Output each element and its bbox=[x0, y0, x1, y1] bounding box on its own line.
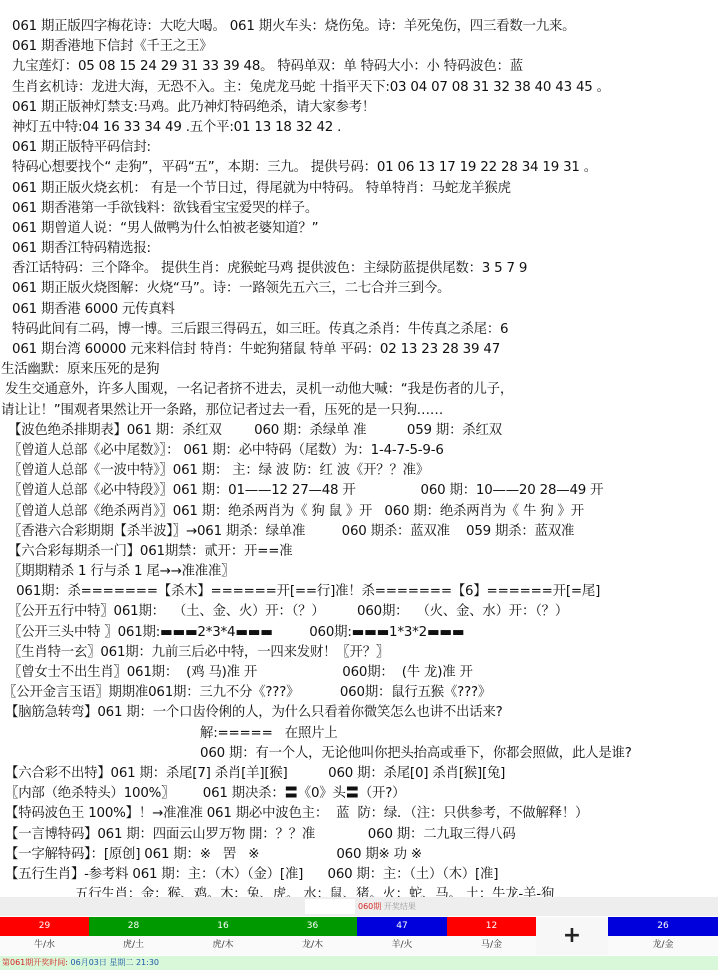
text-line: 九宝莲灯：05 08 15 24 29 31 33 39 48。 特码单双：单 … bbox=[0, 57, 718, 77]
text-line: 请让让！”围观者果然让开一条路，那位记者过去一看，压死的是一只狗…… bbox=[0, 401, 718, 421]
result-header-blank bbox=[305, 899, 355, 914]
ball-number: 47 bbox=[357, 917, 447, 936]
text-line: 〖公开三头中特 〗061期:▬▬▬2*3*4▬▬▬ 060期:▬▬▬1*3*2▬… bbox=[0, 623, 718, 643]
text-line: 【特码波色王 100%】！→准准准 061 期必中波色主： 蓝 防：绿．（注：只… bbox=[0, 804, 718, 824]
ball-cell: 47 羊/火 bbox=[357, 917, 448, 955]
text-line: 【六合彩不出特】061 期：杀尾[7] 杀肖[羊][猴] 060 期：杀尾[0]… bbox=[0, 764, 718, 784]
text-line: 〖公开金言玉语〗期期准061期：三九不分《???》 060期：鼠行五猴《???》 bbox=[0, 683, 718, 703]
article-body: 061 期正版四字梅花诗：大吃大喝。 061 期火车头：烧伤兔。诗：羊死兔伤，四… bbox=[0, 17, 718, 905]
text-line: 发生交通意外，许多人围观，一名记者挤不进去，灵机一动他大喊：“我是伤者的儿子， bbox=[0, 380, 718, 400]
text-line: 061 期香江特码精选报: bbox=[0, 239, 718, 259]
text-line: 生肖玄机诗：龙进大海，无恐不入。主：兔虎龙马蛇 十指平天下:03 04 07 0… bbox=[0, 78, 718, 98]
text-line: 〖曾女士不出生肖〗061期： (鸡 马)准 开 060期： (牛 龙)准 开 bbox=[0, 663, 718, 683]
text-line: 【一字解特码】：[原创] 061 期：※ 罟 ※ 060 期※ 功 ※ bbox=[0, 845, 718, 865]
ball-label: 虎/土 bbox=[89, 936, 178, 955]
text-line: 061 期香港地下信封《千王之王》 bbox=[0, 37, 718, 57]
text-line: 061 期香港第一手欲钱料：欲钱看宝宝爱哭的样子。 bbox=[0, 199, 718, 219]
text-line: 【六合彩每期杀一门】061期禁：贰开：开==准 bbox=[0, 542, 718, 562]
result-title: 060期 开奖结果 bbox=[358, 899, 416, 914]
text-line: 061期：杀=======【杀木】======开[==行]准！杀=======【… bbox=[0, 582, 718, 602]
special-ball-number: 26 bbox=[608, 917, 718, 936]
draw-result-panel: 060期 开奖结果 29 牛/水 28 虎/土 16 虎/木 36 龙/木 47… bbox=[0, 897, 718, 975]
result-header: 060期 开奖结果 bbox=[0, 897, 718, 916]
text-line: 060 期：有一个人，无论他叫你把头抬高或垂下，你都会照做，此人是谁? bbox=[0, 744, 718, 764]
text-line: 061 期正版火烧玄机： 有是一个节日过，得尾就为中特码。 特单特肖：马蛇龙羊猴… bbox=[0, 179, 718, 199]
ball-cell: 16 虎/木 bbox=[178, 917, 269, 955]
text-line: 〖曾道人总部《必中尾数》〗： 061 期：必中特码（尾数）为：1-4-7-5-9… bbox=[0, 441, 718, 461]
ball-number: 36 bbox=[268, 917, 357, 936]
ball-label: 牛/水 bbox=[0, 936, 89, 955]
text-line: 〖公开五行中特〗061期： （土、金、火）开：（？） 060期： （火、金、水）… bbox=[0, 602, 718, 622]
ball-number: 12 bbox=[447, 917, 536, 936]
next-draw-status: 第061期开奖时间: 06月03日 星期二 21:30 bbox=[0, 956, 718, 970]
text-line: 【五行生肖】-参考料 061 期：主：（木）（金）[准] 060 期：主：（土）… bbox=[0, 865, 718, 885]
ball-cell: 28 虎/土 bbox=[89, 917, 179, 955]
text-line: 【波色绝杀排期表】061 期：杀红双 060 期：杀绿单 准 059 期：杀红双 bbox=[0, 421, 718, 441]
ball-label: 马/金 bbox=[447, 936, 536, 955]
text-line: 特码心想要找个“ 走狗”，平码“五”，本期：三九。 提供号码：01 06 13 … bbox=[0, 158, 718, 178]
text-line: 生活幽默：原来压死的是狗 bbox=[0, 360, 718, 380]
text-line: 061 期正版四字梅花诗：大吃大喝。 061 期火车头：烧伤兔。诗：羊死兔伤，四… bbox=[0, 17, 718, 37]
ball-label: 龙/木 bbox=[268, 936, 357, 955]
result-issue: 060期 bbox=[358, 902, 381, 911]
next-draw-time: 06月03日 星期二 21:30 bbox=[71, 958, 160, 967]
text-line: 061 期香港 6000 元传真料 bbox=[0, 300, 718, 320]
text-line: 061 期正版神灯禁支:马鸡。此乃神灯特码绝杀，请大家参考！ bbox=[0, 98, 718, 118]
text-line: 〖期期精杀 1 行与杀 1 尾→→准准准〗 bbox=[0, 562, 718, 582]
text-line: 061 期正版火烧图解：火烧“马”。诗：一路领先五六三，二七合并三到今。 bbox=[0, 279, 718, 299]
text-line: 061 期台湾 60000 元来料信封 特肖：牛蛇狗猪鼠 特单 平码：02 13… bbox=[0, 340, 718, 360]
text-line: 〖香港六合彩期期【杀半波】〗→061 期杀：绿单准 060 期杀：蓝双准 059… bbox=[0, 522, 718, 542]
plus-icon: + bbox=[536, 917, 608, 955]
text-line: 〖曾道人总部《绝杀两肖》〗061 期：绝杀两肖为《 狗 鼠 》开 060 期：绝… bbox=[0, 502, 718, 522]
text-line: 〖曾道人总部《一波中特》〗061 期： 主：绿 波 防：红 波《开？？准》 bbox=[0, 461, 718, 481]
ball-cell: 36 龙/木 bbox=[268, 917, 358, 955]
ball-label: 虎/木 bbox=[178, 936, 268, 955]
ball-number: 16 bbox=[178, 917, 268, 936]
text-line: 【一言博特码】061 期：四面云山罗万物 開：？？准 060 期：二九取三得八码 bbox=[0, 825, 718, 845]
next-draw-prefix: 第061期开奖时间: bbox=[2, 958, 68, 967]
result-title-text: 开奖结果 bbox=[384, 902, 416, 911]
text-line: 香江话特码：三个降伞。 提供生肖：虎猴蛇马鸡 提供波色：主绿防蓝提供尾数：3 5… bbox=[0, 259, 718, 279]
ball-cell: 12 马/金 bbox=[447, 917, 537, 955]
text-line: 〖曾道人总部《必中特段》〗061 期：01——12 27—48 开 060 期：… bbox=[0, 481, 718, 501]
special-ball-label: 龙/金 bbox=[608, 936, 718, 955]
ball-label: 羊/火 bbox=[357, 936, 447, 955]
text-line: 特码此间有二码，博一博。三后跟三得码五，如三旺。传真之杀肖：牛传真之杀尾：6 bbox=[0, 320, 718, 340]
text-line: 神灯五中特:04 16 33 34 49 .五个平:01 13 18 32 42… bbox=[0, 118, 718, 138]
ball-number: 29 bbox=[0, 917, 89, 936]
text-line: 〖内部（绝杀特头）100%〗 061 期决杀：〓《0》头〓（开?） bbox=[0, 784, 718, 804]
text-line: 061 期曾道人说：“男人做鸭为什么怕被老婆知道？” bbox=[0, 219, 718, 239]
text-line: 【脑筋急转弯】061 期：一个口齿伶俐的人，为什么只看着你微笑怎么也讲不出话来? bbox=[0, 703, 718, 723]
text-line: 〖生肖特一玄〗061期：九前三后必中特，一四来发财！〖开？〗 bbox=[0, 643, 718, 663]
text-line: 061 期正版特平码信封: bbox=[0, 138, 718, 158]
ball-cell: 29 牛/水 bbox=[0, 917, 90, 955]
special-ball-cell: 26 龙/金 bbox=[608, 917, 718, 955]
text-line: 解:===== 在照片上 bbox=[0, 724, 718, 744]
ball-number: 28 bbox=[89, 917, 178, 936]
